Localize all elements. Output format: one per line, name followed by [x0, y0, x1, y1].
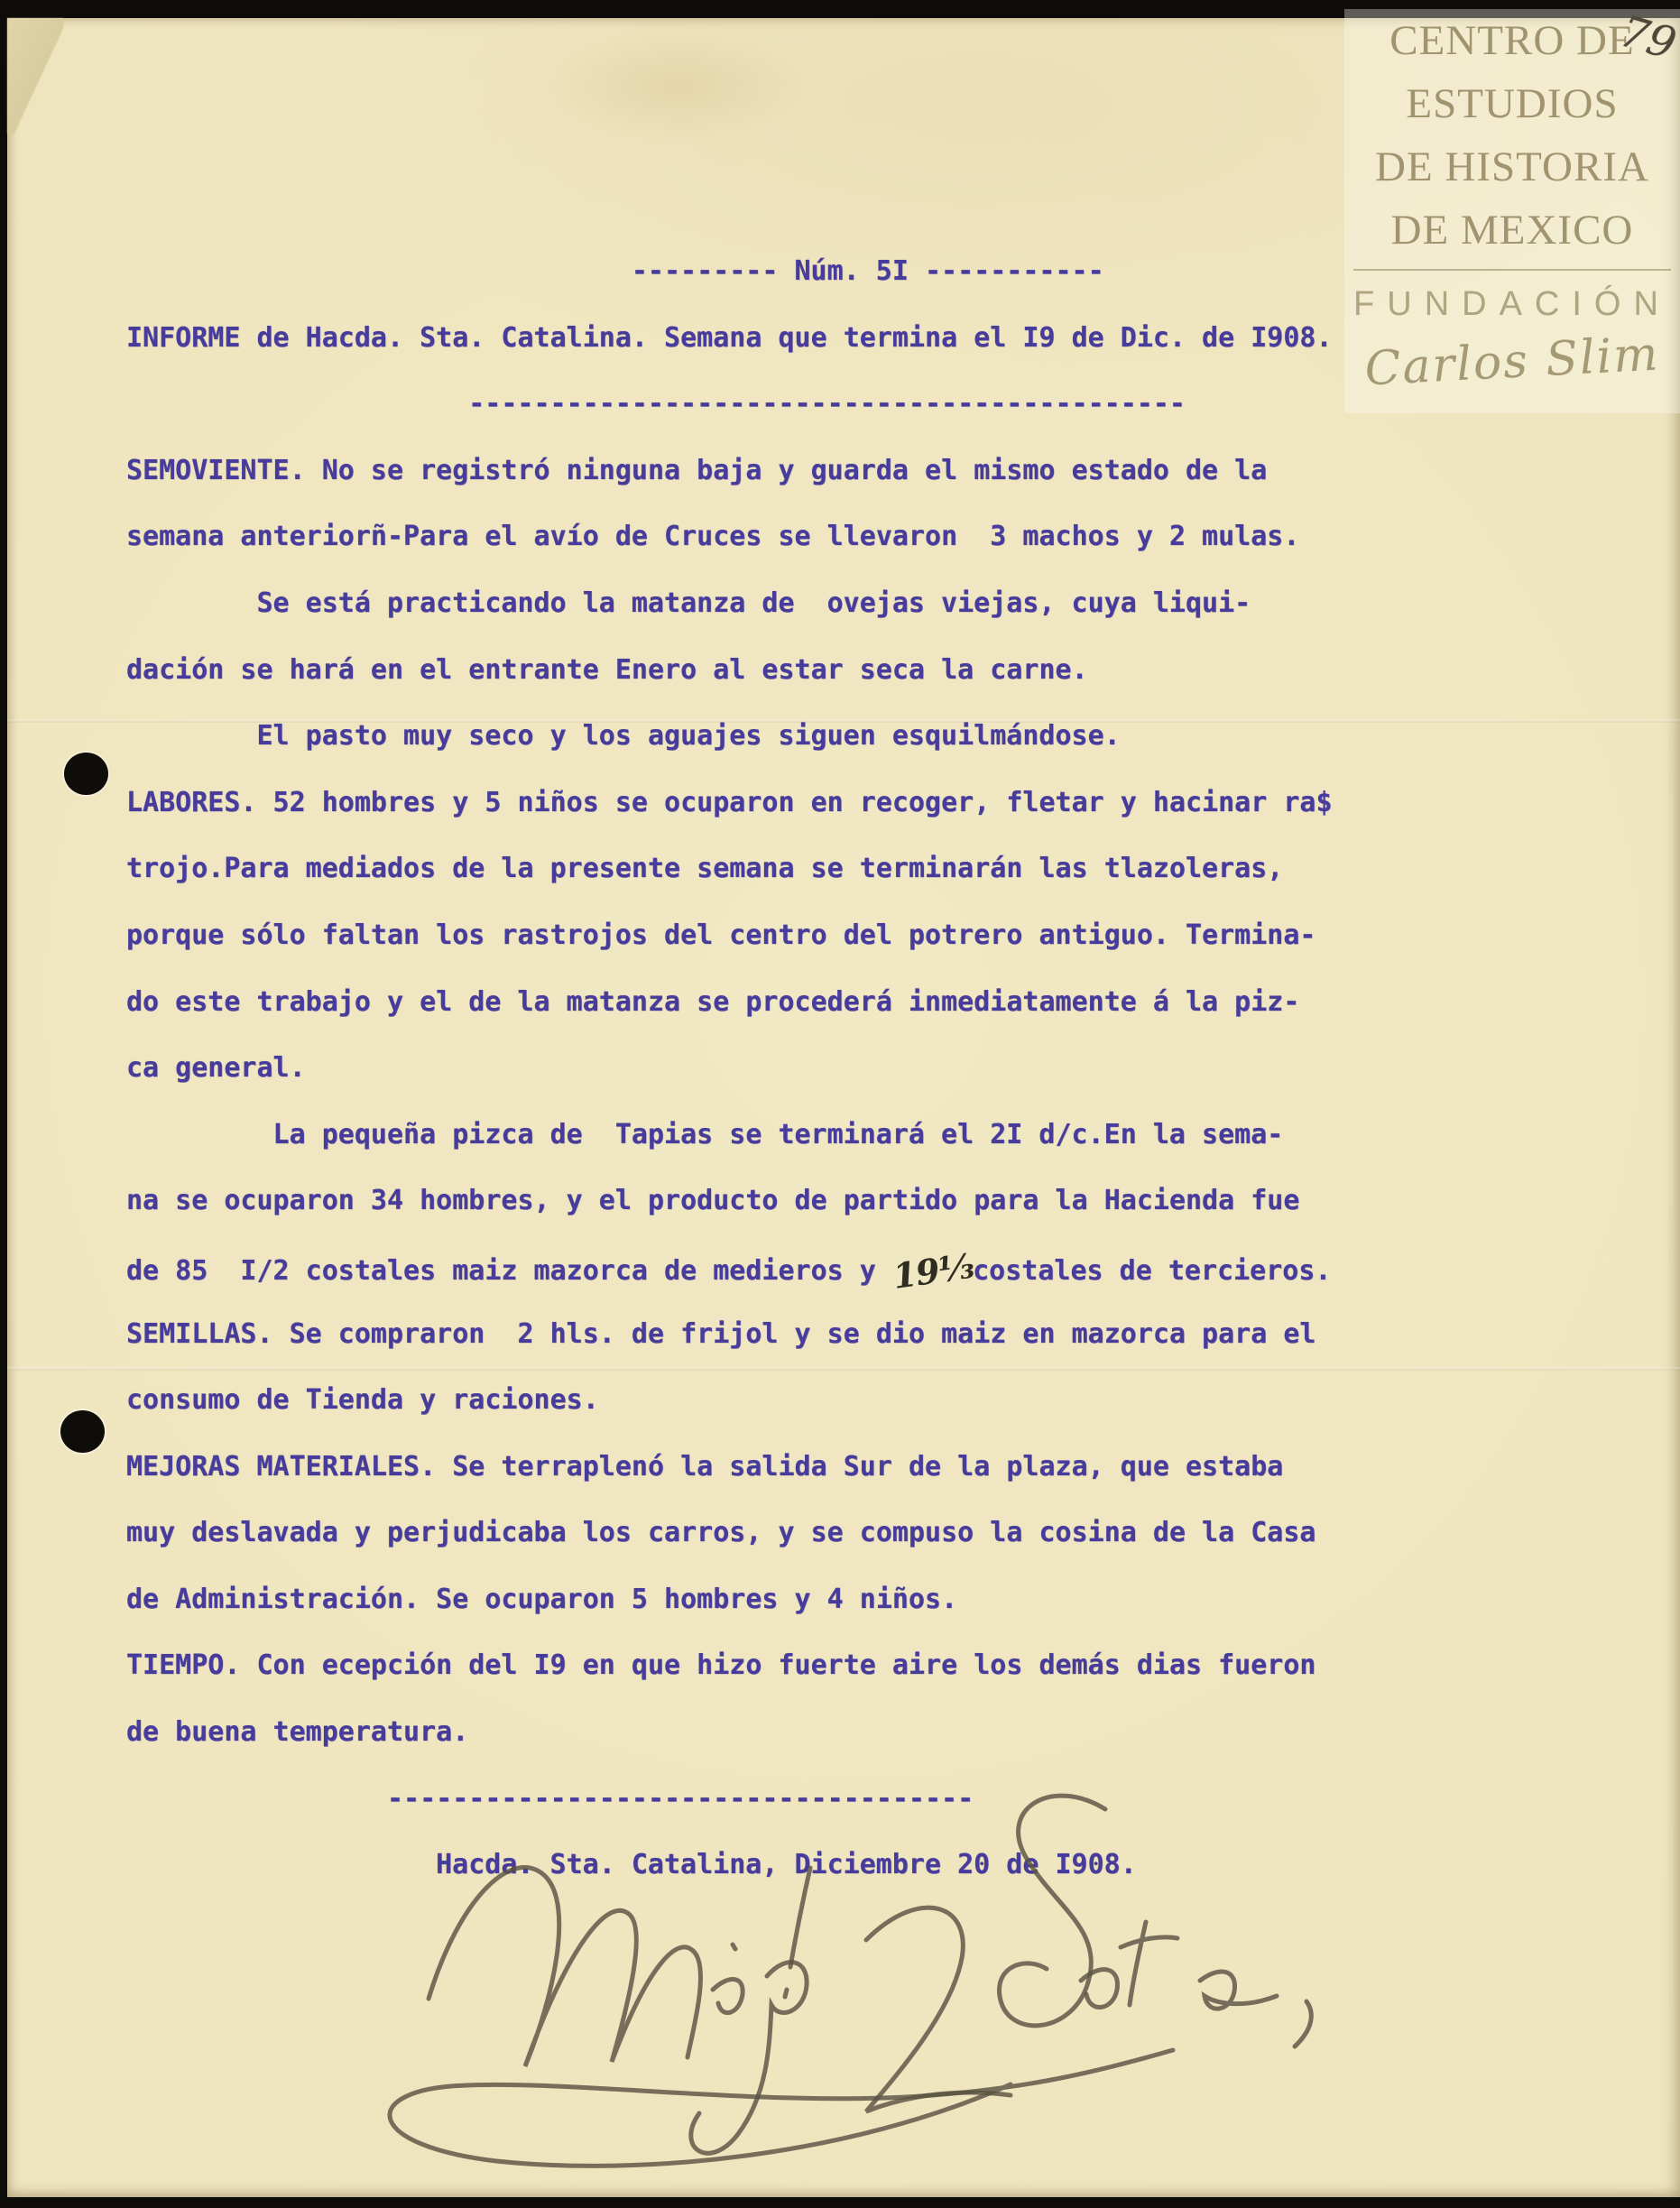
typed-text: SEMILLAS. Se compraron 2 hls. de frijol …: [126, 1318, 1316, 1350]
typed-line: La pequeña pizca de Tapias se terminará …: [126, 1102, 1579, 1169]
typed-line: dación se hará en el entrante Enero al e…: [126, 637, 1579, 704]
typed-text: do este trabajo y el de la matanza se pr…: [126, 986, 1299, 1018]
typed-document-body: --------- Núm. 5I -----------INFORME de …: [126, 238, 1579, 1899]
typed-text: de 85 I/2 costales maiz mazorca de medie…: [126, 1255, 892, 1287]
typed-line: trojo.Para mediados de la presente seman…: [126, 836, 1579, 902]
typed-text: de buena temperatura.: [126, 1716, 468, 1748]
typed-line: do este trabajo y el de la matanza se pr…: [126, 969, 1579, 1036]
typed-line: na se ocuparon 34 hombres, y el producto…: [126, 1168, 1579, 1234]
typed-text: consumo de Tienda y raciones.: [126, 1384, 599, 1416]
typed-text: muy deslavada y perjudicaba los carros, …: [126, 1517, 1316, 1548]
typed-line: SEMOVIENTE. No se registró ninguna baja …: [126, 438, 1579, 504]
typed-text: porque sólo faltan los rastrojos del cen…: [126, 919, 1316, 951]
typed-text: ca general.: [126, 1052, 306, 1084]
folded-corner: [7, 18, 63, 134]
typed-line: de 85 I/2 costales maiz mazorca de medie…: [126, 1234, 1579, 1301]
typed-text: --------- Núm. 5I -----------: [632, 255, 1104, 287]
typed-text: Hacda. Sta. Catalina, Diciembre 20 de I9…: [436, 1849, 1137, 1880]
typed-line: ------------------------------------: [126, 1766, 1579, 1833]
typed-line: MEJORAS MATERIALES. Se terraplenó la sal…: [126, 1434, 1579, 1501]
typed-line: Hacda. Sta. Catalina, Diciembre 20 de I9…: [126, 1832, 1579, 1899]
punch-hole: [64, 753, 108, 795]
typed-text: na se ocuparon 34 hombres, y el producto…: [126, 1185, 1299, 1216]
watermark-text: ESTUDIOS: [1344, 72, 1680, 135]
punch-hole: [60, 1410, 105, 1453]
typed-text: TIEMPO. Con ecepción del I9 en que hizo …: [126, 1649, 1316, 1681]
typed-line: de Administración. Se ocuparon 5 hombres…: [126, 1566, 1579, 1633]
typed-text: LABORES. 52 hombres y 5 niños se ocuparo…: [126, 787, 1333, 818]
paper-stain: [541, 27, 812, 144]
typed-text: trojo.Para mediados de la presente seman…: [126, 853, 1283, 884]
typed-text: ----------------------------------------…: [468, 388, 1186, 420]
typed-text: La pequeña pizca de Tapias se terminará …: [273, 1119, 1284, 1150]
typed-line: LABORES. 52 hombres y 5 niños se ocuparo…: [126, 770, 1579, 836]
handwritten-correction: 19⅓: [889, 1233, 978, 1309]
typed-text: costales de tercieros.: [973, 1255, 1331, 1287]
typed-line: consumo de Tienda y raciones.: [126, 1367, 1579, 1434]
typed-line: semana anteriorñ-Para el avío de Cruces …: [126, 503, 1579, 570]
typed-line: SEMILLAS. Se compraron 2 hls. de frijol …: [126, 1301, 1579, 1368]
typed-line: porque sólo faltan los rastrojos del cen…: [126, 902, 1579, 969]
typed-text: SEMOVIENTE. No se registró ninguna baja …: [126, 455, 1267, 486]
typed-text: INFORME de Hacda. Sta. Catalina. Semana …: [126, 322, 1333, 354]
typed-text: semana anteriorñ-Para el avío de Cruces …: [126, 521, 1299, 552]
typed-line: INFORME de Hacda. Sta. Catalina. Semana …: [126, 305, 1579, 372]
typed-line: Se está practicando la matanza de ovejas…: [126, 570, 1579, 637]
typed-text: ------------------------------------: [387, 1783, 974, 1815]
watermark-text: DE HISTORIA: [1344, 135, 1680, 199]
typed-text: MEJORAS MATERIALES. Se terraplenó la sal…: [126, 1451, 1283, 1483]
typed-line: ----------------------------------------…: [126, 371, 1579, 438]
scanned-page-background: { "colors": { "ink": "#473C9B", "paper":…: [0, 0, 1680, 2208]
typed-text: de Administración. Se ocuparon 5 hombres…: [126, 1584, 957, 1615]
typed-line: muy deslavada y perjudicaba los carros, …: [126, 1500, 1579, 1566]
typed-line: de buena temperatura.: [126, 1699, 1579, 1766]
typed-text: dación se hará en el entrante Enero al e…: [126, 654, 1088, 686]
typed-line: El pasto muy seco y los aguajes siguen e…: [126, 703, 1579, 770]
typed-text: El pasto muy seco y los aguajes siguen e…: [256, 720, 1120, 752]
typed-line: ca general.: [126, 1035, 1579, 1102]
typed-text: Se está practicando la matanza de ovejas…: [256, 587, 1251, 619]
typed-line: TIEMPO. Con ecepción del I9 en que hizo …: [126, 1632, 1579, 1699]
typed-line: --------- Núm. 5I -----------: [126, 238, 1579, 305]
